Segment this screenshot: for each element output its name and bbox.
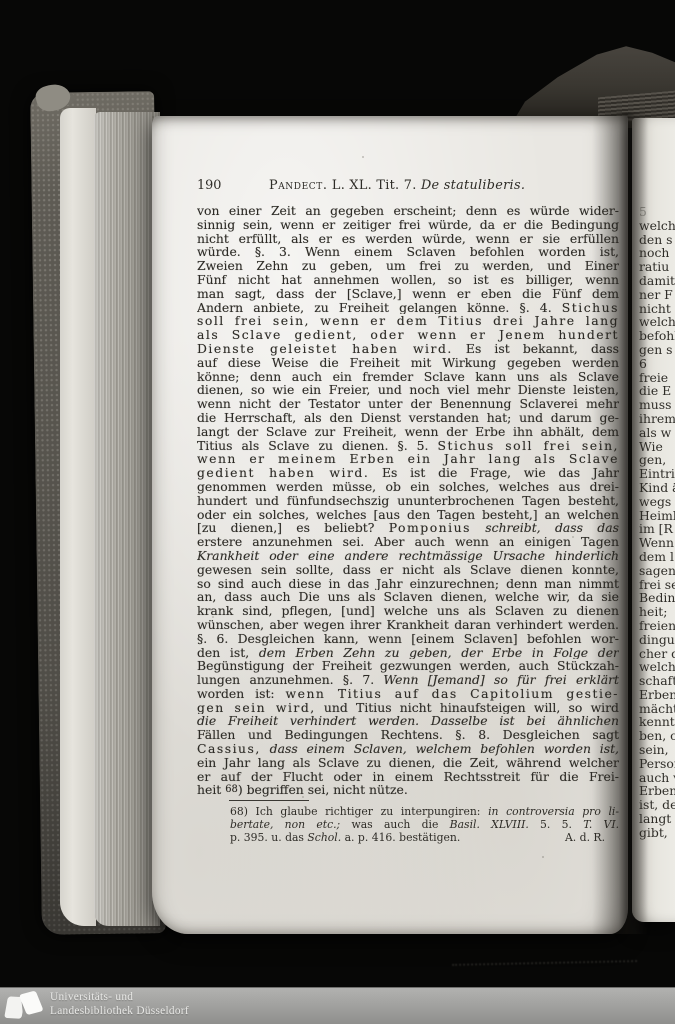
footnote: 68) Ich glaube richtiger zu interpungire…	[197, 797, 619, 845]
right-page-text-line: wegs	[639, 495, 675, 509]
body-text: von einer Zeit an gegeben erscheint; den…	[197, 204, 619, 797]
text-segment: dienen, so wie ein Freier, und noch viel…	[197, 383, 619, 397]
text-segment: Fällen und Bedingungen Rechtens. §. 8. D…	[197, 728, 619, 742]
text-line: auf diese Weise die Freiheit mit Wirkung…	[197, 356, 619, 370]
text-line: gewesen sein sollte, dass er nicht als S…	[197, 563, 619, 577]
right-page-text-line: schaft	[639, 674, 675, 688]
text-line: wünschen, aber wegen ihrer Krankheit dar…	[197, 618, 619, 632]
right-page-sliver: 5welchden snochratiudamitner Fnichtwelch…	[632, 118, 675, 922]
text-segment: könne; denn auch ein fremder Sclave kann…	[197, 370, 619, 384]
text-line: wenn nicht der Testator unter der Benenn…	[197, 397, 619, 411]
text-segment: Stichus soll frei sein,	[438, 439, 619, 453]
text-segment: so sind auch diese in das Jahr einzurech…	[197, 577, 619, 591]
text-line: von einer Zeit an gegeben erscheint; den…	[197, 204, 619, 218]
text-line: Dienste geleistet haben wird. Es ist bek…	[197, 342, 619, 356]
text-line: oder ein solches, welches [aus den Tagen…	[197, 508, 619, 522]
text-line: worden ist: wenn Titius auf das Capitoli…	[197, 687, 619, 701]
text-segment: bertate, non etc.;	[230, 818, 340, 831]
text-segment: oder ein solches, welches [aus den Tagen…	[197, 508, 619, 522]
right-page-text-line: ben, oc	[639, 729, 675, 743]
right-page-text-line: 5	[639, 205, 675, 219]
text-segment: auf diese Weise die Freiheit mit Wirkung…	[197, 356, 619, 370]
digitized-book-scan: { "header": { "page_number": "190", "tit…	[0, 0, 675, 1024]
open-book-logo-icon	[3, 988, 46, 1023]
text-line: so sind auch diese in das Jahr einzurech…	[197, 577, 619, 591]
text-segment: Es ist bekannt, dass	[453, 342, 619, 356]
text-line: [zu dienen,] es beliebt? Pomponius schre…	[197, 521, 619, 535]
right-page-text-line: welch	[639, 315, 675, 329]
footnote-attribution: A. d. R.	[565, 831, 605, 844]
text-segment: lungen anzunehmen. §. 7.	[197, 673, 383, 687]
text-segment: 68) Ich glaube richtiger zu interpungire…	[230, 805, 488, 818]
text-segment: hundert und fünfundsechszig ununterbroch…	[197, 494, 619, 508]
text-line: langt der Sclave zur Freiheit, wenn der …	[197, 425, 619, 439]
text-line: krank sind, pflegen, [und] welche uns al…	[197, 604, 619, 618]
library-name: Universitäts- und Landesbibliothek Düsse…	[50, 991, 189, 1018]
text-segment: Krankheit oder eine andere rechtmässige …	[197, 549, 619, 563]
right-page-text-line: Wie	[639, 440, 675, 454]
text-segment: gedient haben wird.	[197, 466, 369, 480]
right-page-text-line: dem l	[639, 550, 675, 564]
text-segment: Basil. XLVIII.	[450, 818, 529, 831]
right-page-text-line: damit	[639, 274, 675, 288]
right-page-text-line: die E	[639, 384, 675, 398]
text-segment: ein Jahr lang als Sclave zu dienen, die …	[197, 756, 619, 770]
text-segment: sinnig sein, wenn er zeitiger frei würde…	[197, 218, 619, 232]
right-page-text-line: Erben	[639, 688, 675, 702]
text-line: die Herrschaft, als den Dienst verstande…	[197, 411, 619, 425]
right-page-text-line: sagen,	[639, 564, 675, 578]
right-page-text-line: befohl	[639, 329, 675, 343]
footnote-rule	[229, 800, 309, 801]
right-page-text-line: dingun	[639, 633, 675, 647]
text-segment: gen sein wird,	[197, 701, 316, 715]
right-page-text-line: ist, der	[639, 798, 675, 812]
text-line: den ist, dem Erben Zehn zu geben, der Er…	[197, 646, 619, 660]
text-segment: schreibt, dass das	[471, 521, 619, 535]
text-segment: ) begriffen sei, nicht nütze.	[238, 783, 408, 797]
right-page-text-fragment: 5welchden snochratiudamitner Fnichtwelch…	[639, 205, 675, 840]
text-line: Titius als Sclave zu dienen. §. 5. Stich…	[197, 439, 619, 453]
text-segment: die Freiheit verhindert werden. Dasselbe…	[197, 714, 619, 728]
footnote-line: 68) Ich glaube richtiger zu interpungire…	[197, 805, 619, 818]
text-line: Fünf nicht hat annehmen wollen, so ist e…	[197, 273, 619, 287]
text-line: gen sein wird, und Titius nicht hinaufst…	[197, 701, 619, 715]
text-segment: Fünf nicht hat annehmen wollen, so ist e…	[197, 273, 619, 287]
text-segment: T. VI.	[583, 818, 619, 831]
text-segment: erstere anzunehmen sei. Aber auch wenn a…	[197, 535, 619, 549]
right-page-text-line: muss	[639, 398, 675, 412]
show-through-scribble	[452, 952, 637, 966]
text-segment: 68	[225, 784, 238, 795]
text-segment: Dienste geleistet haben wird.	[197, 342, 453, 356]
book-flyleaf-edge	[60, 108, 96, 926]
text-line: sinnig sein, wenn er zeitiger frei würde…	[197, 218, 619, 232]
left-page: 190Pandect. L. XL. Tit. 7. De statuliber…	[152, 116, 628, 934]
text-segment: langt der Sclave zur Freiheit, wenn der …	[197, 425, 619, 439]
text-segment: den ist,	[197, 646, 259, 660]
text-segment: [zu dienen,] es beliebt?	[197, 521, 389, 535]
right-page-text-line: den s	[639, 233, 675, 247]
text-segment: Pomponius	[389, 521, 471, 535]
text-segment: und Titius nicht hinaufsteigen will, so …	[316, 701, 619, 715]
right-page-text-line: Person	[639, 757, 675, 771]
text-line: genommen werden müsse, ob ein solches, w…	[197, 480, 619, 494]
text-segment: an, dass auch Die uns als Sclaven dienen…	[197, 590, 619, 604]
page-number: 190	[197, 178, 231, 194]
text-line: heit 68) begriffen sei, nicht nütze.	[197, 783, 619, 797]
right-page-text-line: langt e	[639, 812, 675, 826]
text-segment: wünschen, aber wegen ihrer Krankheit dar…	[197, 618, 619, 632]
right-page-text-line: ihrem	[639, 412, 675, 426]
text-segment: 5. 5.	[529, 818, 583, 831]
right-page-text-line: nicht	[639, 302, 675, 316]
right-page-text-line: freien	[639, 619, 675, 633]
right-page-text-line: als w	[639, 426, 675, 440]
text-segment: Pandect.	[269, 178, 328, 193]
right-page-text-line: Heimk	[639, 509, 675, 523]
text-segment: die Herrschaft, als den Dienst verstande…	[197, 411, 619, 425]
text-segment: Schol.	[307, 831, 341, 844]
library-watermark-bar: Universitäts- und Landesbibliothek Düsse…	[0, 987, 675, 1024]
text-segment: in controversia pro li-	[488, 805, 619, 818]
text-line: gedient haben wird. Es ist die Frage, wi…	[197, 466, 619, 480]
text-segment: §. 6. Desgleichen kann, wenn [einem Scla…	[197, 632, 619, 646]
library-name-line2: Landesbibliothek Düsseldorf	[50, 1005, 189, 1019]
text-segment: dem Erben Zehn zu geben, der Erbe in Fol…	[259, 646, 619, 660]
text-segment: De statuliberis.	[421, 178, 525, 193]
text-segment: wenn nicht der Testator unter der Benenn…	[197, 397, 619, 411]
page-header: 190Pandect. L. XL. Tit. 7. De statuliber…	[197, 178, 618, 195]
text-segment: dass einem Sclaven, welchem befohlen wor…	[261, 742, 619, 756]
footnote-lines: 68) Ich glaube richtiger zu interpungire…	[197, 805, 619, 845]
text-segment: soll frei sein, wenn er dem Titius drei …	[197, 314, 619, 328]
right-page-text-line: sein,	[639, 743, 675, 757]
text-segment: Wenn [Jemand] so für frei erklärt	[383, 673, 619, 687]
text-line: würde. §. 3. Wenn einem Sclaven befohlen…	[197, 245, 619, 259]
right-page-text-line: ratiu	[639, 260, 675, 274]
text-line: als Sclave gedient, oder wenn er Jenem h…	[197, 328, 619, 342]
text-line: Begünstigung der Freiheit gezwungen werd…	[197, 659, 619, 673]
right-page-text-line: mächtn	[639, 702, 675, 716]
right-page-text-line: Wenn	[639, 536, 675, 550]
right-page-text-line: Beding	[639, 591, 675, 605]
right-page-text-line: gibt,	[639, 826, 675, 840]
text-line: erstere anzunehmen sei. Aber auch wenn a…	[197, 535, 619, 549]
text-line: wenn er meinem Erben ein Jahr lang als S…	[197, 452, 619, 466]
running-title: Pandect. L. XL. Tit. 7. De statuliberis.	[269, 178, 525, 193]
text-line: ein Jahr lang als Sclave zu dienen, die …	[197, 756, 619, 770]
right-page-text-line: noch	[639, 246, 675, 260]
book-page-stack-edge	[94, 112, 160, 926]
text-line: Zweien Zehn zu geben, um frei zu werden,…	[197, 259, 619, 273]
text-segment: würde. §. 3. Wenn einem Sclaven befohlen…	[197, 245, 619, 259]
footnote-line: p. 395. u. das Schol. a. p. 416. bestäti…	[197, 831, 619, 844]
paper-specks	[152, 116, 154, 118]
text-line: Cassius, dass einem Sclaven, welchem bef…	[197, 742, 619, 756]
footnote-line: bertate, non etc.; was auch die Basil. X…	[197, 818, 619, 831]
right-page-text-line: freie	[639, 371, 675, 385]
text-segment: man sagt, dass der [Sclave,] wenn er ebe…	[197, 287, 619, 301]
text-segment: L. XL. Tit. 7.	[328, 178, 421, 193]
right-page-text-line: heit;	[639, 605, 675, 619]
right-page-text-line: auch v	[639, 771, 675, 785]
text-segment: er auf der Flucht oder in einem Rechtsst…	[197, 770, 619, 784]
text-line: §. 6. Desgleichen kann, wenn [einem Scla…	[197, 632, 619, 646]
right-page-text-line: Erben	[639, 784, 675, 798]
right-page-text-line: gen,	[639, 453, 675, 467]
right-page-text-line: 6	[639, 357, 675, 371]
text-line: die Freiheit verhindert werden. Dasselbe…	[197, 714, 619, 728]
right-page-text-line: frei se	[639, 578, 675, 592]
text-line: könne; denn auch ein fremder Sclave kann…	[197, 370, 619, 384]
right-page-text-line: ner F	[639, 288, 675, 302]
text-segment: Andern anbiete, zu Freiheit gelangen kön…	[197, 301, 562, 315]
text-segment: gewesen sein sollte, dass er nicht als S…	[197, 563, 619, 577]
text-segment: nicht erfüllt, als er es werden würde, w…	[197, 232, 619, 246]
text-line: hundert und fünfundsechszig ununterbroch…	[197, 494, 619, 508]
text-segment: Stichus	[562, 301, 619, 315]
right-page-text-line: gen s	[639, 343, 675, 357]
text-line: Fällen und Bedingungen Rechtens. §. 8. D…	[197, 728, 619, 742]
library-name-line1: Universitäts- und	[50, 991, 189, 1005]
text-segment: genommen werden müsse, ob ein solches, w…	[197, 480, 619, 494]
text-line: Krankheit oder eine andere rechtmässige …	[197, 549, 619, 563]
right-page-text-line: kenntn	[639, 715, 675, 729]
text-segment: Zweien Zehn zu geben, um frei zu werden,…	[197, 259, 619, 273]
text-segment: worden ist:	[197, 687, 286, 701]
text-segment: wenn Titius auf das Capitolium gestie-	[286, 687, 619, 701]
text-segment: krank sind, pflegen, [und] welche uns al…	[197, 604, 619, 618]
text-segment: heit	[197, 783, 225, 797]
right-page-text-line: welch	[639, 219, 675, 233]
text-line: lungen anzunehmen. §. 7. Wenn [Jemand] s…	[197, 673, 619, 687]
text-segment: Titius als Sclave zu dienen. §. 5.	[197, 439, 438, 453]
text-line: dienen, so wie ein Freier, und noch viel…	[197, 383, 619, 397]
text-line: soll frei sein, wenn er dem Titius drei …	[197, 314, 619, 328]
text-segment: wenn er meinem Erben ein Jahr lang als S…	[197, 452, 619, 466]
right-page-text-line: im [R	[639, 522, 675, 536]
text-segment: Cassius,	[197, 742, 261, 756]
text-line: er auf der Flucht oder in einem Rechtsst…	[197, 770, 619, 784]
text-segment: Begünstigung der Freiheit gezwungen werd…	[197, 659, 619, 673]
text-segment: a. p. 416. bestätigen.	[341, 831, 460, 844]
text-segment: als Sclave gedient, oder wenn er Jenem h…	[197, 328, 619, 342]
text-segment: was auch die	[340, 818, 449, 831]
text-line: Andern anbiete, zu Freiheit gelangen kön…	[197, 301, 619, 315]
text-line: nicht erfüllt, als er es werden würde, w…	[197, 232, 619, 246]
right-page-text-line: Kind ä	[639, 481, 675, 495]
text-segment: von einer Zeit an gegeben erscheint; den…	[197, 204, 619, 218]
right-page-text-line: Eintri	[639, 467, 675, 481]
text-line: man sagt, dass der [Sclave,] wenn er ebe…	[197, 287, 619, 301]
text-segment: p. 395. u. das	[230, 831, 307, 844]
right-page-text-line: welche	[639, 660, 675, 674]
right-page-text-line: cher d	[639, 647, 675, 661]
text-segment: Es ist die Frage, wie das Jahr	[369, 466, 619, 480]
text-line: an, dass auch Die uns als Sclaven dienen…	[197, 590, 619, 604]
